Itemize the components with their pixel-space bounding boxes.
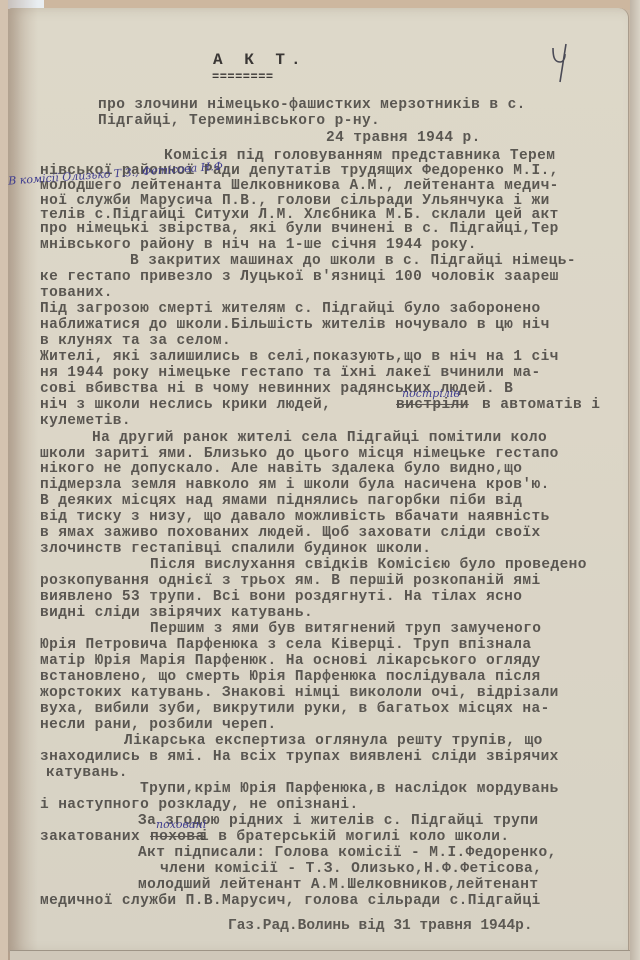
body-line: і наступного розкладу, не опізнані. bbox=[40, 798, 359, 813]
body-line: катувань. bbox=[46, 766, 128, 781]
body-line: В закритих машинах до школи в с. Підгайц… bbox=[130, 254, 576, 269]
body-line: Юрія Петровича Парфенюка з села Ківерці.… bbox=[40, 638, 531, 653]
body-line: тованих. bbox=[40, 286, 113, 301]
body-line: Акт підписали: Голова комісії - М.І.Федо… bbox=[138, 846, 557, 861]
document-title: А К Т. bbox=[213, 51, 307, 69]
handwritten-correction-buried: поховані bbox=[156, 818, 206, 831]
body-line: Після вислухання свідків Комісією було п… bbox=[150, 558, 587, 573]
body-line: Під загрозою смерті жителям с. Підгайці … bbox=[40, 302, 541, 317]
title-underline: ======== bbox=[212, 70, 274, 84]
body-line: про німецькі звірства, які були вчинені … bbox=[40, 222, 559, 237]
body-line: видні сліди звірячих катувань. bbox=[40, 606, 313, 621]
body-line: наближатися до школи.Більшість жителів н… bbox=[40, 318, 550, 333]
body-line: виявлено 53 трупи. Всі вони роздягнуті. … bbox=[40, 590, 522, 605]
body-line: встановлено, що смерть Юрія Парфенюка по… bbox=[40, 670, 541, 685]
body-line: медичної служби П.В.Марусич, голова сіль… bbox=[40, 894, 541, 909]
body-line: ніч з школи неслись крики людей, bbox=[40, 398, 331, 413]
body-line: На другий ранок жителі села Підгайці пом… bbox=[92, 431, 547, 446]
body-line: розкопування однієї з трьох ям. В першій… bbox=[40, 574, 541, 589]
handwritten-correction-shots: пострілів bbox=[402, 387, 460, 400]
struck-word: вистріли bbox=[396, 398, 469, 413]
body-line: нікого не допускало. Але навіть здалека … bbox=[40, 462, 522, 477]
struck-buried: похова bbox=[150, 830, 205, 845]
body-line: ня 1944 року німецьке гестапо та їхні ла… bbox=[40, 366, 541, 381]
body-line: ке гестапо привезло з Луцької в'язниці 1… bbox=[40, 270, 559, 285]
subtitle-line-1: про злочини німецько-фашистких мерзотник… bbox=[98, 98, 526, 113]
body-line: вуха, вибили зуби, викрутили руки, в баг… bbox=[40, 702, 550, 717]
body-line: жорстоких катувань. Знакові німці виколо… bbox=[40, 686, 559, 701]
source-citation: Газ.Рад.Волинь від 31 травня 1944р. bbox=[228, 918, 533, 934]
body-line: і в братерській могилі коло школи. bbox=[200, 830, 509, 845]
document-content: А К Т. ======== про злочини німецько-фаш… bbox=[0, 0, 640, 960]
body-line: Першим з ями був витягнений труп замучен… bbox=[150, 622, 541, 637]
body-line: Жителі, які залишились в селі,показують,… bbox=[40, 350, 559, 365]
body-line: знаходились в ямі. На всіх трупах виявле… bbox=[40, 750, 559, 765]
body-line: мнівського району в ніч на 1-ше січня 19… bbox=[40, 238, 477, 253]
body-line: від тиску з низу, що давало можливість в… bbox=[40, 510, 550, 525]
body-line: школи зариті ями. Близько до цього місця… bbox=[40, 447, 559, 462]
document-date: 24 травня 1944 р. bbox=[326, 131, 481, 146]
body-line: несли рани, розбили череп. bbox=[40, 718, 277, 733]
body-line: Лікарська експертиза оглянула решту труп… bbox=[124, 734, 543, 749]
handwritten-page-number bbox=[548, 40, 570, 84]
body-line: Трупи,крім Юрія Парфенюка,в наслідок мор… bbox=[140, 782, 559, 797]
body-line: молодший лейтенант А.М.Шелковников,лейте… bbox=[138, 878, 538, 893]
body-line: підмерзла земля навколо ям і школи була … bbox=[40, 478, 550, 493]
body-line: закатованих bbox=[40, 830, 140, 845]
subtitle-line-2: Підгайці, Тереминівського р-ну. bbox=[98, 114, 380, 129]
body-line: злочинств гестапівці спалили будинок шко… bbox=[40, 542, 431, 557]
body-line: кулеметів. bbox=[40, 414, 131, 429]
body-line: матір Юрія Марія Парфенюк. На основі лік… bbox=[40, 654, 541, 669]
body-line: члени комісії - Т.З. Олизько,Н.Ф.Фетісов… bbox=[160, 862, 542, 877]
body-line: молодшего лейтенанта Шелковникова А.М., … bbox=[40, 179, 559, 194]
body-line: в клунях та за селом. bbox=[40, 334, 231, 349]
body-line: В деяких місцях над ямами піднялись паго… bbox=[40, 494, 522, 509]
body-line: в автоматів і bbox=[482, 398, 600, 413]
body-line: в ямах заживо похованих людей. Щоб захов… bbox=[40, 526, 541, 541]
